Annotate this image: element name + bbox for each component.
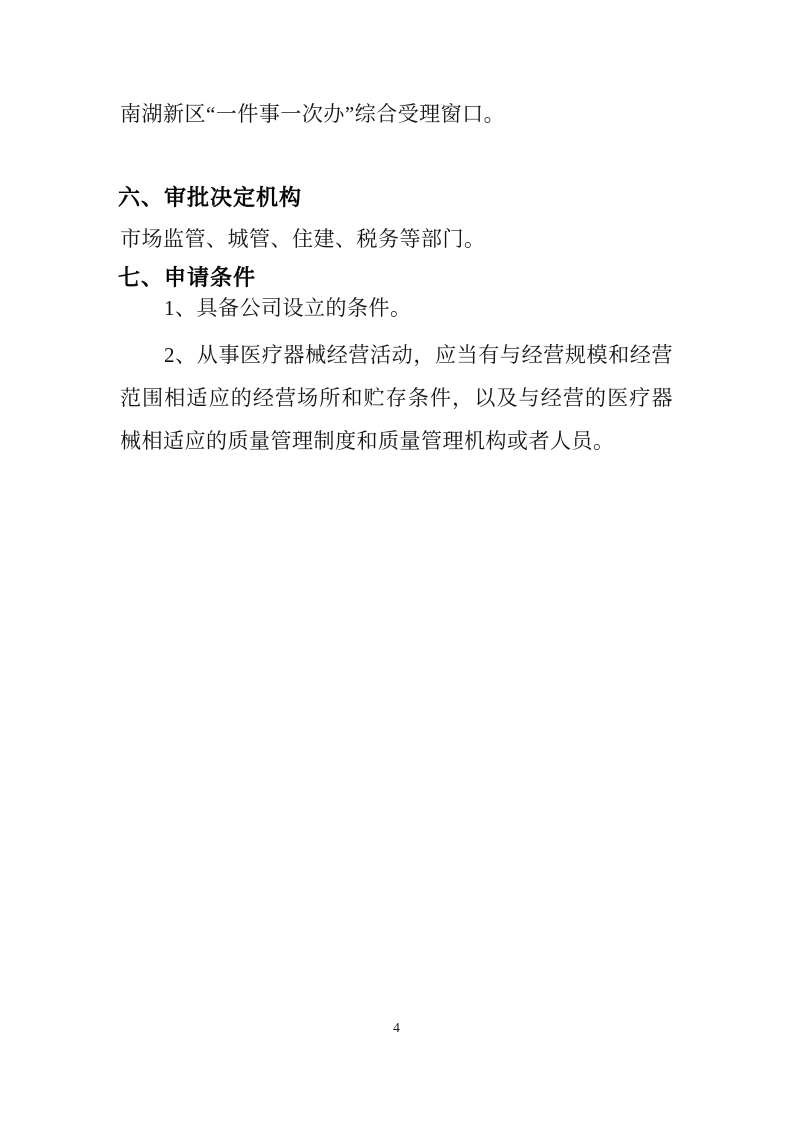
section-six-body: 市场监管、城管、住建、税务等部门。 bbox=[120, 218, 673, 261]
document-page: 南湖新区“一件事一次办”综合受理窗口。 六、审批决定机构 市场监管、城管、住建、… bbox=[0, 0, 793, 1122]
condition-item-2: 2、从事医疗器械经营活动，应当有与经营规模和经营范围相适应的经营场所和贮存条件，… bbox=[120, 334, 673, 463]
section-six-heading: 六、审批决定机构 bbox=[118, 176, 673, 219]
page-number: 4 bbox=[0, 1019, 793, 1039]
intro-paragraph: 南湖新区“一件事一次办”综合受理窗口。 bbox=[120, 93, 673, 136]
condition-item-1: 1、具备公司设立的条件。 bbox=[120, 287, 673, 330]
